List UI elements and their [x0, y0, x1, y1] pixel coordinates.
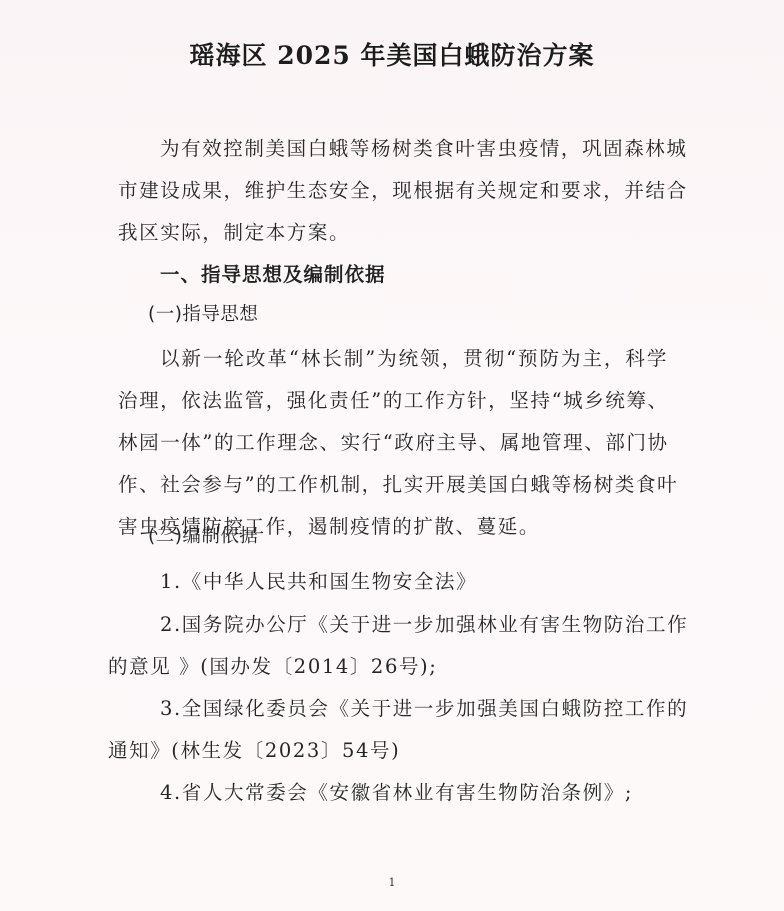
- intro-line-1: 为有效控制美国白蛾等杨树类食叶害虫疫情，巩固森林城: [160, 133, 668, 161]
- basis-item-3-line-1: 3.全国绿化委员会《关于进一步加强美国白蛾防控工作的: [160, 693, 668, 721]
- page-number: 1: [0, 876, 784, 889]
- subsection-heading-guiding-ideology: (一)指导思想: [148, 300, 258, 326]
- ideology-line-3: 林园一体”的工作理念、实行“政府主导、属地管理、部门协: [118, 427, 668, 455]
- ideology-line-4: 作、社会参与”的工作机制，扎实开展美国白蛾等杨树类食叶: [118, 469, 668, 497]
- ideology-line-2: 治理，依法监管，强化责任”的工作方针，坚持“城乡统筹、: [118, 385, 668, 413]
- ideology-line-1: 以新一轮改革“林长制”为统领，贯彻“预防为主，科学: [160, 343, 668, 371]
- basis-item-2-line-1: 2.国务院办公厅《关于进一步加强林业有害生物防治工作: [160, 609, 668, 637]
- basis-item-4: 4.省人大常委会《安徽省林业有害生物防治条例》;: [160, 777, 633, 805]
- basis-item-1: 1.《中华人民共和国生物安全法》: [160, 566, 477, 594]
- subsection-heading-basis: (二)编制依据: [148, 522, 258, 548]
- basis-item-3-line-2: 通知》(林生发〔2023〕54号): [108, 735, 400, 763]
- intro-line-2: 市建设成果，维护生态安全，现根据有关规定和要求，并结合: [118, 175, 668, 203]
- document-page: 瑶海区 2025 年美国白蛾防治方案 为有效控制美国白蛾等杨树类食叶害虫疫情，巩…: [0, 0, 784, 911]
- basis-item-2-line-2: 的意见 》(国办发〔2014〕26号);: [108, 651, 437, 679]
- section-heading-1: 一、指导思想及编制依据: [160, 259, 386, 287]
- document-title: 瑶海区 2025 年美国白蛾防治方案: [0, 36, 784, 72]
- intro-line-3: 我区实际，制定本方案。: [118, 217, 350, 245]
